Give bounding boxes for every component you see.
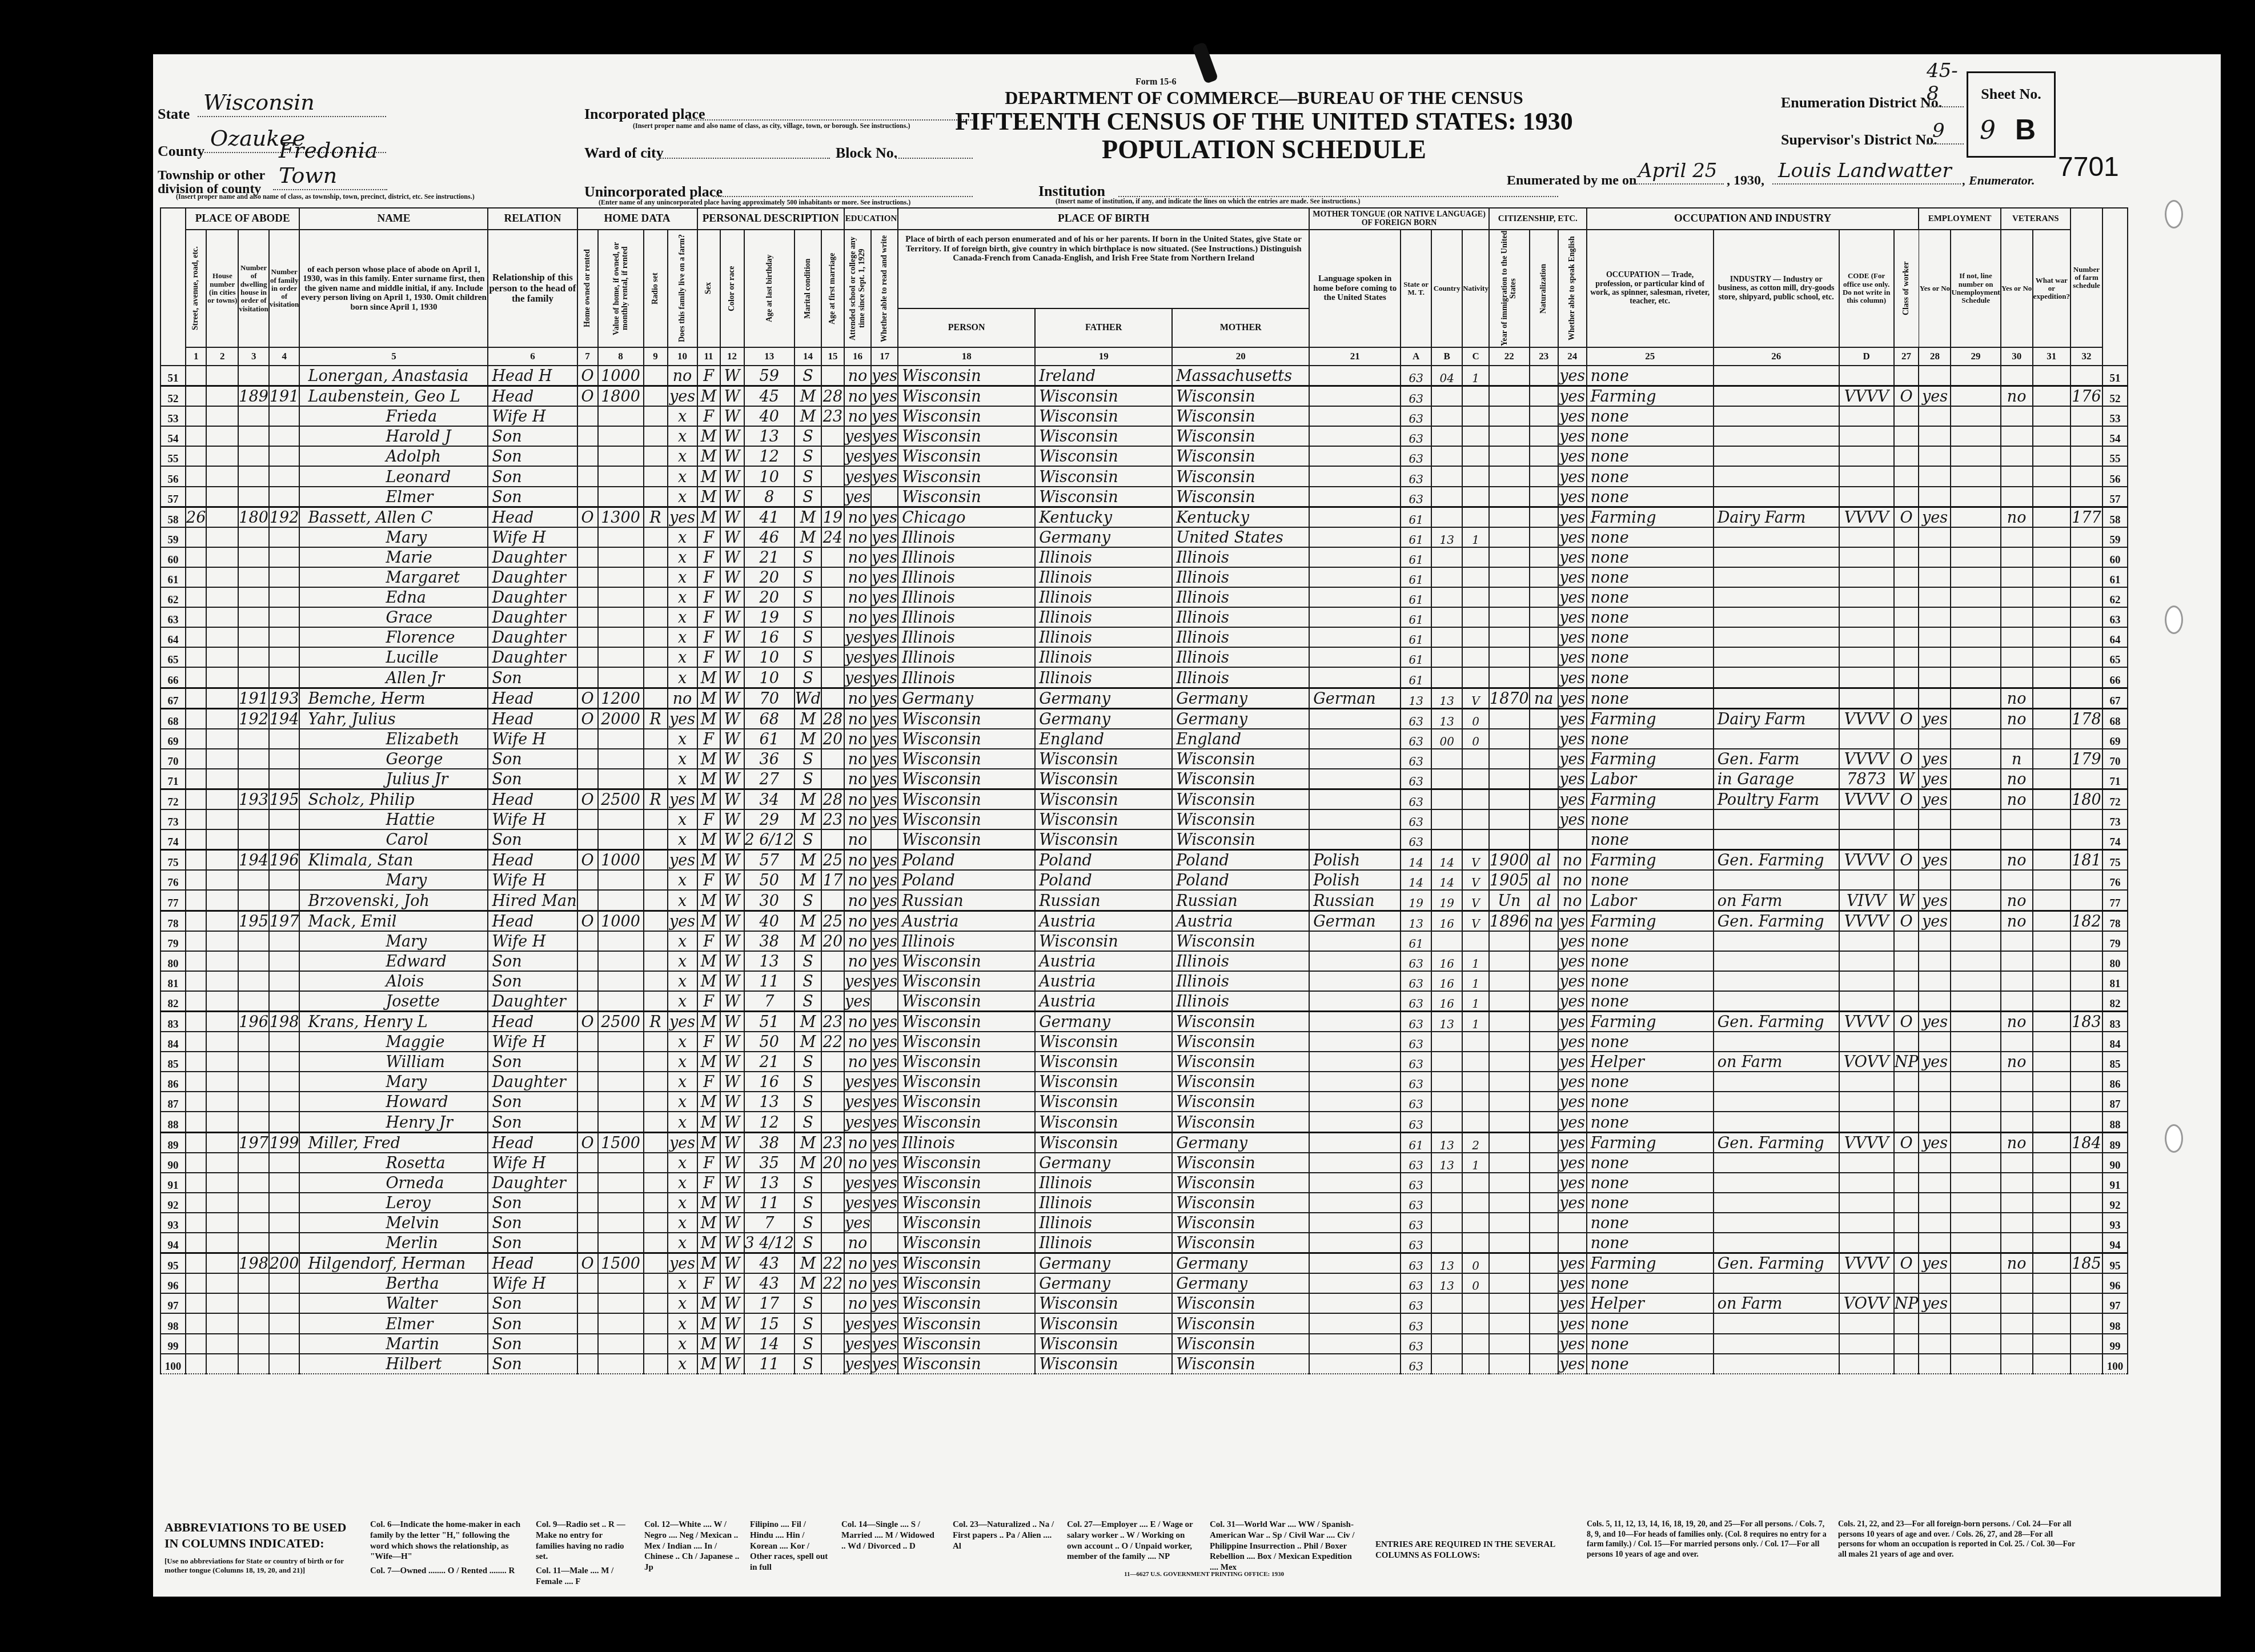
cell-marital: M: [795, 931, 821, 951]
cell-farm-schedule: [2071, 1173, 2102, 1193]
cell-dwelling: [238, 769, 269, 789]
cell-relation: Daughter: [488, 991, 577, 1012]
table-row: 54Harold JSonxMW13SyesyesWisconsinWiscon…: [161, 426, 2128, 446]
cell-industry: [1714, 688, 1839, 708]
line-number-right: 86: [2102, 1072, 2128, 1092]
cell-dwelling: [238, 931, 269, 951]
cell-occupation: Farming: [1587, 1012, 1714, 1032]
cell-relation: Head: [488, 386, 577, 407]
cell-school: no: [844, 870, 871, 890]
column-number: 4: [269, 347, 300, 366]
column-number: 19: [1035, 347, 1172, 366]
cell-school: no: [844, 809, 871, 829]
cell-relation: Son: [488, 1354, 577, 1374]
hdr-cC: Nativity: [1462, 230, 1489, 347]
column-number: 23: [1530, 347, 1558, 366]
cell-vet: [2001, 1193, 2033, 1213]
cell-work: [1919, 627, 1951, 647]
cell-owned: [577, 1112, 598, 1132]
cell-codeA: 61: [1401, 507, 1431, 527]
column-number-row: 123456789101112131415161718192021ABC2223…: [161, 347, 2128, 366]
cell-sex: F: [697, 729, 720, 749]
cell-farm: x: [668, 890, 697, 911]
cell-codeC: [1462, 487, 1489, 507]
cell-read: yes: [871, 850, 898, 871]
supervisor-label: Supervisor's District No.: [1781, 131, 1937, 149]
cell-family: [269, 951, 300, 971]
cell-codeB: [1431, 667, 1462, 688]
cell-value: [598, 769, 644, 789]
cell-farm: x: [668, 1072, 697, 1092]
cell-relation: Son: [488, 426, 577, 446]
cell-race: W: [720, 1233, 744, 1253]
cell-relation: Daughter: [488, 547, 577, 567]
cell-house: [206, 911, 238, 931]
cell-age: 7: [744, 991, 795, 1012]
cell-radio: [644, 527, 668, 547]
cell-street: [186, 1052, 206, 1072]
cell-occupation: none: [1587, 527, 1714, 547]
cell-language: [1309, 647, 1401, 667]
cell-marital: S: [795, 426, 821, 446]
line-number: 98: [161, 1313, 186, 1333]
hdr-c24: Whether able to speak English: [1558, 230, 1587, 347]
cell-naturalization: [1530, 829, 1558, 850]
cell-birth-father: Wisconsin: [1035, 931, 1172, 951]
cell-occupation: none: [1587, 688, 1714, 708]
cell-codeA: 61: [1401, 567, 1431, 587]
cell-naturalization: [1530, 1233, 1558, 1253]
cell-age-marriage: [821, 1354, 844, 1374]
line-number-right: 57: [2102, 487, 2128, 507]
cell-owned: [577, 406, 598, 426]
cell-codeB: 16: [1431, 911, 1462, 931]
cell-codeA: 63: [1401, 809, 1431, 829]
supervisor-field: 9: [1927, 123, 1964, 145]
cell-owned: [577, 1293, 598, 1313]
cell-war: [2033, 446, 2071, 466]
cell-owned: [577, 446, 598, 466]
table-row: 88Henry JrSonxMW12SyesyesWisconsinWiscon…: [161, 1112, 2128, 1132]
cell-immigration: [1489, 749, 1530, 769]
cell-vet: [2001, 426, 2033, 446]
cell-street: [186, 729, 206, 749]
group-home: HOME DATA: [577, 208, 697, 230]
cell-family: [269, 1313, 300, 1333]
cell-sex: M: [697, 1354, 720, 1374]
cell-birth-mother: Wisconsin: [1172, 809, 1309, 829]
cell-unemp: [1951, 1334, 2000, 1354]
line-number: 64: [161, 627, 186, 647]
cell-read: yes: [871, 1354, 898, 1374]
cell-birth-father: Austria: [1035, 991, 1172, 1012]
cell-age-marriage: 22: [821, 1032, 844, 1052]
cell-vet: [2001, 1334, 2033, 1354]
cell-war: [2033, 1253, 2071, 1274]
cell-street: [186, 911, 206, 931]
cell-school: no: [844, 1052, 871, 1072]
cell-name: Florence: [299, 627, 488, 647]
cell-dwelling: 192: [238, 708, 269, 729]
cell-race: W: [720, 1253, 744, 1274]
cell-class: [1894, 527, 1919, 547]
cell-dwelling: [238, 426, 269, 446]
cell-school: yes: [844, 487, 871, 507]
cell-farm-schedule: [2071, 627, 2102, 647]
cell-occupation: none: [1587, 647, 1714, 667]
cell-street: [186, 406, 206, 426]
line-number-right: 62: [2102, 587, 2128, 607]
cell-codeD: [1839, 809, 1894, 829]
cell-name: Margaret: [299, 567, 488, 587]
cell-codeD: [1839, 406, 1894, 426]
cell-sex: M: [697, 708, 720, 729]
cell-age: 57: [744, 850, 795, 871]
cell-english: yes: [1558, 527, 1587, 547]
column-number: 16: [844, 347, 871, 366]
cell-language: [1309, 607, 1401, 627]
cell-codeA: 63: [1401, 1153, 1431, 1173]
cell-birth-person: Germany: [898, 688, 1035, 708]
cell-vet: no: [2001, 1132, 2033, 1153]
cell-radio: [644, 769, 668, 789]
cell-school: yes: [844, 466, 871, 486]
cell-house: [206, 1213, 238, 1233]
cell-birth-mother: Germany: [1172, 1253, 1309, 1274]
cell-codeC: [1462, 1032, 1489, 1052]
cell-street: [186, 1253, 206, 1274]
cell-street: [186, 607, 206, 627]
cell-street: [186, 667, 206, 688]
cell-age: 43: [744, 1253, 795, 1274]
cell-marital: M: [795, 1273, 821, 1293]
cell-marital: S: [795, 991, 821, 1012]
cell-vet: [2001, 1173, 2033, 1193]
cell-immigration: [1489, 1173, 1530, 1193]
cell-war: [2033, 1354, 2071, 1374]
cell-read: yes: [871, 1173, 898, 1193]
cell-war: [2033, 1173, 2071, 1193]
cell-school: no: [844, 1132, 871, 1153]
cell-birth-person: Wisconsin: [898, 1012, 1035, 1032]
cell-occupation: Labor: [1587, 769, 1714, 789]
cell-vet: [2001, 991, 2033, 1012]
cell-birth-person: Wisconsin: [898, 386, 1035, 407]
cell-immigration: [1489, 406, 1530, 426]
cell-radio: [644, 1293, 668, 1313]
cell-relation: Son: [488, 749, 577, 769]
cell-dwelling: [238, 547, 269, 567]
cell-school: no: [844, 729, 871, 749]
cell-street: [186, 587, 206, 607]
cell-codeD: [1839, 688, 1894, 708]
cell-radio: [644, 809, 668, 829]
cell-school: no: [844, 587, 871, 607]
cell-street: [186, 386, 206, 407]
cell-work: yes: [1919, 708, 1951, 729]
cell-naturalization: [1530, 1092, 1558, 1112]
line-number-right: 65: [2102, 647, 2128, 667]
cell-unemp: [1951, 1132, 2000, 1153]
column-number: 1: [186, 347, 206, 366]
cell-school: yes: [844, 971, 871, 991]
cell-work: [1919, 971, 1951, 991]
cell-dwelling: [238, 890, 269, 911]
cell-codeC: [1462, 667, 1489, 688]
cell-owned: [577, 667, 598, 688]
cell-school: no: [844, 406, 871, 426]
cell-language: [1309, 931, 1401, 951]
cell-sex: M: [697, 749, 720, 769]
cell-name: Elmer: [299, 487, 488, 507]
cell-immigration: [1489, 991, 1530, 1012]
cell-codeD: [1839, 1193, 1894, 1213]
cell-class: [1894, 809, 1919, 829]
cell-naturalization: [1530, 406, 1558, 426]
cell-name: Yahr, Julius: [299, 708, 488, 729]
cell-owned: [577, 1052, 598, 1072]
cell-vet: [2001, 1354, 2033, 1374]
cell-vet: [2001, 1313, 2033, 1333]
cell-codeA: 63: [1401, 426, 1431, 446]
cell-vet: [2001, 1293, 2033, 1313]
cell-value: [598, 567, 644, 587]
cell-codeB: [1431, 1334, 1462, 1354]
cell-owned: [577, 1233, 598, 1253]
cell-vet: [2001, 1233, 2033, 1253]
cell-occupation: none: [1587, 487, 1714, 507]
column-number: 15: [821, 347, 844, 366]
cell-codeA: 63: [1401, 1253, 1431, 1274]
cell-house: [206, 386, 238, 407]
line-number-right: 84: [2102, 1032, 2128, 1052]
line-number: 92: [161, 1193, 186, 1213]
cell-codeD: [1839, 1072, 1894, 1092]
group-veterans: VETERANS: [2001, 208, 2071, 230]
cell-language: [1309, 1193, 1401, 1213]
cell-language: [1309, 1213, 1401, 1233]
cell-street: [186, 1334, 206, 1354]
cell-house: [206, 951, 238, 971]
cell-naturalization: [1530, 1032, 1558, 1052]
cell-dwelling: [238, 627, 269, 647]
cell-unemp: [1951, 466, 2000, 486]
cell-dwelling: 196: [238, 1012, 269, 1032]
cell-english: yes: [1558, 708, 1587, 729]
cell-read: yes: [871, 1193, 898, 1213]
group-name: NAME: [299, 208, 488, 230]
cell-work: [1919, 1092, 1951, 1112]
cell-family: [269, 587, 300, 607]
cell-value: [598, 931, 644, 951]
cell-work: [1919, 991, 1951, 1012]
cell-birth-father: Germany: [1035, 527, 1172, 547]
cell-name: Howard: [299, 1092, 488, 1112]
cell-marital: S: [795, 1112, 821, 1132]
cell-unemp: [1951, 667, 2000, 688]
cell-radio: [644, 688, 668, 708]
cell-unemp: [1951, 769, 2000, 789]
line-number: 94: [161, 1233, 186, 1253]
cell-immigration: [1489, 1313, 1530, 1333]
cell-codeD: [1839, 991, 1894, 1012]
cell-birth-person: Illinois: [898, 931, 1035, 951]
cell-family: [269, 991, 300, 1012]
cell-industry: [1714, 406, 1839, 426]
cell-read: yes: [871, 769, 898, 789]
cell-sex: F: [697, 406, 720, 426]
cell-owned: [577, 466, 598, 486]
line-number-right: 55: [2102, 446, 2128, 466]
cell-naturalization: [1530, 789, 1558, 809]
cell-unemp: [1951, 1153, 2000, 1173]
cell-age-marriage: [821, 1052, 844, 1072]
line-number-right: 91: [2102, 1173, 2128, 1193]
cell-unemp: [1951, 1052, 2000, 1072]
cell-sex: F: [697, 991, 720, 1012]
cell-family: [269, 1354, 300, 1374]
cell-language: [1309, 446, 1401, 466]
cell-school: no: [844, 1012, 871, 1032]
cell-language: [1309, 1032, 1401, 1052]
line-number: 58: [161, 507, 186, 527]
cell-marital: S: [795, 1092, 821, 1112]
cell-birth-person: Illinois: [898, 587, 1035, 607]
cell-unemp: [1951, 406, 2000, 426]
cell-class: [1894, 1313, 1919, 1333]
cell-street: [186, 749, 206, 769]
cell-family: 194: [269, 708, 300, 729]
cell-class: O: [1894, 507, 1919, 527]
cell-owned: [577, 729, 598, 749]
cell-relation: Head: [488, 507, 577, 527]
cell-vet: no: [2001, 386, 2033, 407]
group-employment: EMPLOYMENT: [1919, 208, 2000, 230]
cell-farm: x: [668, 1092, 697, 1112]
cell-codeD: [1839, 446, 1894, 466]
cell-school: no: [844, 931, 871, 951]
cell-race: W: [720, 911, 744, 931]
line-number: 99: [161, 1334, 186, 1354]
cell-unemp: [1951, 567, 2000, 587]
cell-codeB: 14: [1431, 850, 1462, 871]
cell-street: [186, 567, 206, 587]
cell-street: [186, 829, 206, 850]
cell-street: [186, 1173, 206, 1193]
cell-school: yes: [844, 1334, 871, 1354]
cell-work: [1919, 466, 1951, 486]
cell-codeC: [1462, 406, 1489, 426]
cell-birth-father: Wisconsin: [1035, 1112, 1172, 1132]
cell-relation: Daughter: [488, 567, 577, 587]
cell-radio: [644, 1233, 668, 1253]
cell-dwelling: [238, 366, 269, 386]
line-number-right: 100: [2102, 1354, 2128, 1374]
line-number-right: 71: [2102, 769, 2128, 789]
cell-age: 13: [744, 1173, 795, 1193]
cell-vet: [2001, 487, 2033, 507]
cell-english: yes: [1558, 911, 1587, 931]
population-rows: 51Lonergan, AnastasiaHead HO1000noFW59Sn…: [161, 366, 2128, 1374]
cell-war: [2033, 1092, 2071, 1112]
cell-relation: Wife H: [488, 809, 577, 829]
cell-value: [598, 809, 644, 829]
cell-codeB: 19: [1431, 890, 1462, 911]
cell-radio: [644, 366, 668, 386]
cell-codeD: [1839, 1213, 1894, 1233]
cell-age-marriage: [821, 487, 844, 507]
cell-age: 30: [744, 890, 795, 911]
cell-industry: [1714, 1092, 1839, 1112]
cell-sex: M: [697, 1112, 720, 1132]
cell-age: 15: [744, 1313, 795, 1333]
hdr-c10: Does this family live on a farm?: [668, 230, 697, 347]
cell-street: [186, 708, 206, 729]
table-row: 85WilliamSonxMW21SnoyesWisconsinWisconsi…: [161, 1052, 2128, 1072]
line-number: 66: [161, 667, 186, 688]
cell-house: [206, 1334, 238, 1354]
cell-codeD: VVVV: [1839, 1012, 1894, 1032]
cell-codeD: [1839, 1233, 1894, 1253]
cell-dwelling: [238, 1092, 269, 1112]
cell-industry: [1714, 1173, 1839, 1193]
cell-occupation: none: [1587, 729, 1714, 749]
cell-work: [1919, 587, 1951, 607]
cell-codeA: 19: [1401, 890, 1431, 911]
hdr-c14: Marital condition: [795, 230, 821, 347]
cell-unemp: [1951, 1012, 2000, 1032]
hdr-c4: Number of family in order of visitation: [269, 230, 300, 347]
cell-naturalization: [1530, 1012, 1558, 1032]
cell-occupation: Helper: [1587, 1052, 1714, 1072]
state-field: Wisconsin: [198, 95, 386, 117]
cell-class: [1894, 1233, 1919, 1253]
cell-owned: O: [577, 1253, 598, 1274]
cell-codeD: VVVV: [1839, 386, 1894, 407]
cell-codeD: [1839, 729, 1894, 749]
cell-birth-person: Wisconsin: [898, 1173, 1035, 1193]
cell-naturalization: [1530, 1193, 1558, 1213]
cell-birth-father: Russian: [1035, 890, 1172, 911]
cell-street: [186, 1213, 206, 1233]
line-number: 76: [161, 870, 186, 890]
cell-occupation: none: [1587, 870, 1714, 890]
cell-codeA: 63: [1401, 1112, 1431, 1132]
line-number-right: 66: [2102, 667, 2128, 688]
cell-class: [1894, 991, 1919, 1012]
cell-birth-mother: Wisconsin: [1172, 749, 1309, 769]
abbrev-title: ABBREVIATIONS TO BE USED IN COLUMNS INDI…: [164, 1519, 359, 1551]
cell-codeC: [1462, 446, 1489, 466]
cell-codeB: [1431, 789, 1462, 809]
table-row: 91OrnedaDaughterxFW13SyesyesWisconsinIll…: [161, 1173, 2128, 1193]
cell-codeC: [1462, 1112, 1489, 1132]
line-number: 82: [161, 991, 186, 1012]
line-number-right: 74: [2102, 829, 2128, 850]
hdr-cA: State or M. T.: [1401, 230, 1431, 347]
cell-sex: M: [697, 1132, 720, 1153]
cell-immigration: [1489, 547, 1530, 567]
cell-farm-schedule: [2071, 1112, 2102, 1132]
enumerator-suffix: , Enumerator.: [1963, 173, 2035, 188]
entries-list-b: Cols. 21, 22, and 23—For all foreign-bor…: [1838, 1519, 2078, 1559]
cell-name: Marie: [299, 547, 488, 567]
cell-read: yes: [871, 667, 898, 688]
cell-birth-mother: Wisconsin: [1172, 406, 1309, 426]
cell-school: yes: [844, 627, 871, 647]
hdr-c7: Home owned or rented: [577, 230, 598, 347]
cell-farm-schedule: [2071, 547, 2102, 567]
